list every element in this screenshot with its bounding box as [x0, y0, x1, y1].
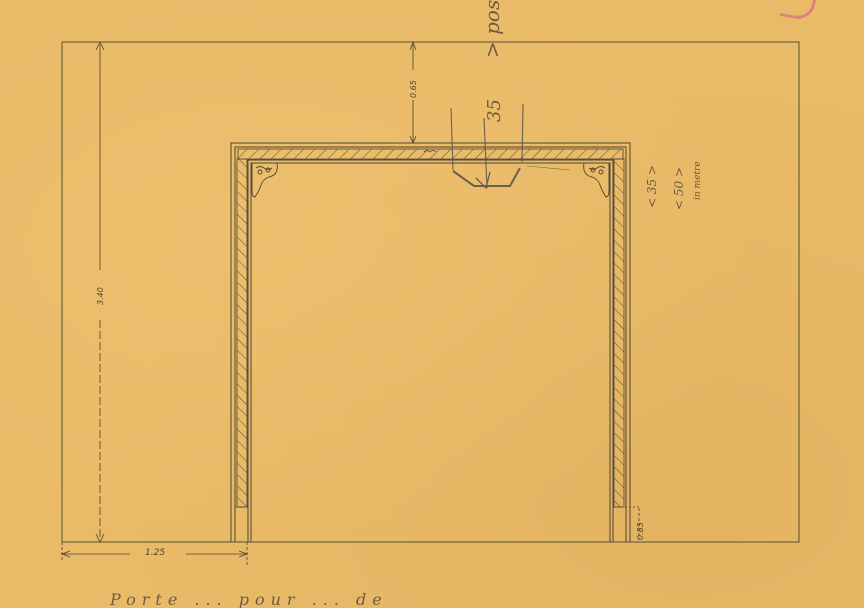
outer-border — [62, 42, 799, 542]
bottom-caption: Porte ... pour ... de — [110, 590, 388, 608]
height-dimension-label: 3.40 — [96, 287, 105, 305]
top-molding-hatch — [238, 149, 623, 159]
pencil-sketch — [451, 104, 570, 188]
door-frame — [231, 143, 630, 542]
top-margin-label: 0.65 — [409, 80, 418, 98]
right-corner-bracket — [584, 163, 609, 197]
pencil-note-35: 35 — [484, 99, 505, 122]
pencil-measure-35: < 35 > — [645, 165, 659, 208]
left-jamb-hatch — [237, 159, 247, 507]
right-jamb-hatch — [614, 159, 624, 507]
left-corner-bracket — [252, 163, 277, 197]
pencil-measure-50: < 50 > — [672, 167, 686, 210]
pencil-note-metre: in metre — [693, 161, 703, 200]
elevation-drawing — [0, 0, 864, 608]
pencil-note-pose: > pose — [480, 0, 504, 58]
width-dimension-label: 1.25 — [145, 548, 165, 558]
plinth-dimension-label: 0.85 — [636, 522, 645, 540]
